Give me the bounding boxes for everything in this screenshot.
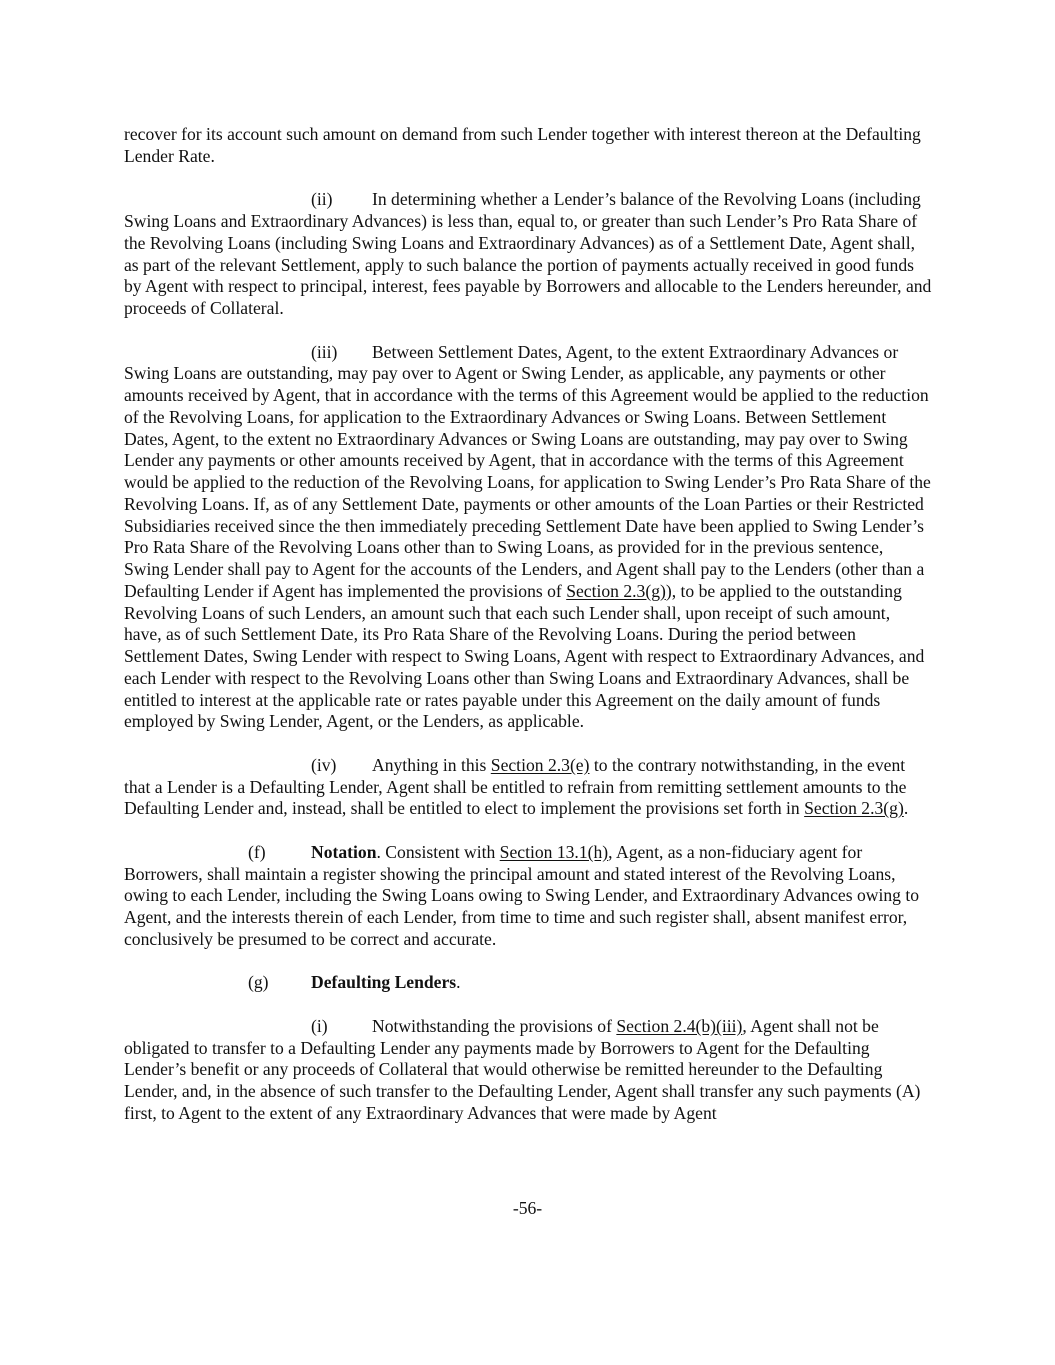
section-reference-link[interactable]: Section 2.3(e) [491, 755, 590, 775]
clause-label: (iv) [311, 755, 372, 777]
clause-text: Anything in this [372, 755, 491, 775]
paragraph-ii: (ii)In determining whether a Lender’s ba… [124, 189, 932, 320]
section-reference-link[interactable]: Section 2.3(g) [804, 798, 904, 818]
section-heading: Notation [311, 842, 377, 862]
section-reference-link[interactable]: Section 2.3(g) [566, 581, 666, 601]
section-reference-link[interactable]: Section 13.1(h) [500, 842, 608, 862]
section-heading: Defaulting Lenders [311, 972, 456, 992]
clause-text: Notwithstanding the provisions of [372, 1016, 616, 1036]
page-number: -56- [0, 1198, 1055, 1219]
clause-label: (f) [248, 842, 311, 864]
paragraph-g-i: (i)Notwithstanding the provisions of Sec… [124, 1016, 932, 1125]
clause-text: Between Settlement Dates, Agent, to the … [124, 342, 931, 601]
clause-text: ), to be applied to the outstanding Revo… [124, 581, 924, 732]
clause-text: In determining whether a Lender’s balanc… [124, 189, 931, 318]
paragraph-iv: (iv)Anything in this Section 2.3(e) to t… [124, 755, 932, 820]
paragraph-f-notation: (f)Notation. Consistent with Section 13.… [124, 842, 932, 951]
paragraph-continuation: recover for its account such amount on d… [124, 124, 932, 168]
paragraph-iii: (iii)Between Settlement Dates, Agent, to… [124, 342, 932, 734]
paragraph-g-heading: (g)Defaulting Lenders. [124, 972, 932, 994]
clause-label: (iii) [311, 342, 372, 364]
clause-label: (ii) [311, 189, 372, 211]
document-page: recover for its account such amount on d… [124, 124, 932, 1146]
section-reference-link[interactable]: Section 2.4(b)(iii) [616, 1016, 742, 1036]
clause-label: (i) [311, 1016, 372, 1038]
clause-label: (g) [248, 972, 311, 994]
